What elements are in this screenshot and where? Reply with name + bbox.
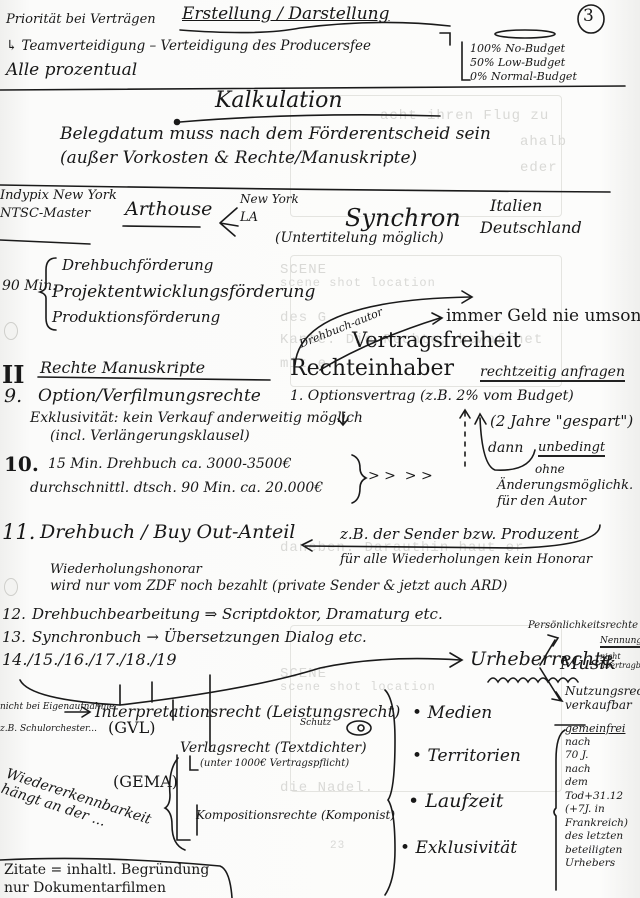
money-note: immer Geld nie umsonst [446, 306, 640, 326]
item-text: Drehbuch / Buy Out-Anteil [40, 521, 295, 543]
school-orchestra: z.B. Schulorchester... [0, 724, 97, 734]
synchron: Synchron [345, 204, 461, 232]
all-percentual: Alle prozentual [6, 60, 137, 80]
buyout-no-fee: für alle Wiederholungen kein Honorar [340, 552, 592, 567]
team-defense-text: Teamverteidigung – Verteidigung des Prod… [22, 38, 371, 54]
change-options: Änderungsmöglichk. [497, 478, 633, 493]
without: ohne [535, 462, 565, 476]
foerderung-item: Projektentwicklungsförderung [52, 282, 315, 302]
public-domain-line: 70 J. [565, 749, 637, 763]
section-title: Rechte Manuskripte [40, 358, 205, 377]
budget-label: Low-Budget [498, 56, 565, 69]
script-average: durchschnittl. dtsch. 90 Min. ca. 20.000… [30, 480, 323, 496]
untertitel: (Untertitelung möglich) [275, 230, 444, 246]
arthouse: Arthouse [125, 198, 212, 220]
dimension-laufzeit: • Laufzeit [408, 790, 503, 812]
then: dann [488, 440, 523, 456]
budget-level: 50% Low-Budget [470, 56, 577, 69]
country-deutschland: Deutschland [480, 218, 582, 237]
dimension-territorien: • Territorien [412, 746, 521, 766]
gvl: (GVL) [108, 718, 155, 737]
buyout-example: z.B. der Sender bzw. Produzent [340, 525, 579, 543]
unconditional: unbedingt [538, 440, 605, 457]
budget-level: 100% No-Budget [470, 42, 577, 55]
usage-rights: Nutzungsrechte verkaufbar [565, 684, 640, 712]
budget-percent: 100% [470, 42, 501, 55]
public-domain-line: gemeinfrei [565, 722, 637, 736]
notebook-page: acht ihren Flug zu ahalb eder SCENE scen… [0, 0, 640, 898]
ntsc-master: NTSC-Master [0, 206, 90, 221]
public-domain-line: Urhebers [565, 857, 637, 871]
not-transferable: nicht übertragbar [600, 652, 636, 670]
dimension-medien: • Medien [412, 703, 492, 723]
extension: (incl. Verlängerungsklausel) [50, 428, 250, 444]
budget-level: 0% Normal-Budget [470, 70, 577, 83]
repeat-fee: Wiederholungshonorar [50, 562, 202, 577]
personal-rights: Persönlichkeitsrechte [528, 620, 638, 631]
country-italien: Italien [490, 196, 542, 215]
publishing-right: Verlagsrecht (Textdichter) [180, 740, 367, 756]
under-1000: (unter 1000€ Vertragspflicht) [200, 758, 349, 769]
naming: Nennung [600, 636, 640, 648]
public-domain-line: (+7J. in [565, 803, 637, 817]
item-text: Option/Verfilmungsrechte [38, 386, 261, 406]
kalkulation-line1: Belegdatum muss nach dem Förderentscheid… [60, 124, 491, 144]
public-domain-note: gemeinfreinach70 J.nachdemTod+31.12(+7J.… [565, 722, 637, 871]
public-domain-line: dem [565, 776, 637, 790]
contract-freedom: Vertragsfreiheit [352, 328, 521, 352]
quotes-line1: Zitate = inhaltl. Begründung [4, 862, 209, 878]
city-la: LA [240, 210, 258, 225]
dimension-label: Medien [427, 703, 492, 723]
item-text: Drehbuchbearbeitung ⇒ Scriptdoktor, Dram… [32, 605, 443, 623]
foerderung-item: Drehbuchförderung [62, 256, 213, 274]
priority-options: Erstellung / Darstellung [182, 4, 390, 24]
budget-percent: 50% [470, 56, 494, 69]
dimension-label: Exklusivität [415, 838, 517, 858]
kalkulation-title: Kalkulation [215, 88, 343, 113]
item-number: 14./15./16./17./18./19 [2, 650, 177, 669]
public-domain-line: nach [565, 736, 637, 750]
item-number: 13. [2, 628, 26, 646]
public-domain-line: Tod+31.12 [565, 790, 637, 804]
gema: (GEMA) [113, 772, 178, 791]
foerderung-item: Produktionsförderung [52, 308, 220, 326]
priority-label: Priorität bei Verträgen [6, 12, 156, 27]
item-text: Synchronbuch → Übersetzungen Dialog etc. [32, 628, 367, 646]
budget-levels: 100% No-Budget 50% Low-Budget 0% Normal-… [470, 42, 577, 83]
budget-percent: 0% [470, 70, 487, 83]
item-number: 9. [4, 385, 22, 407]
public-domain-line: nach [565, 763, 637, 777]
public-domain-line: beteiligten [565, 844, 637, 858]
item-number: 12. [2, 605, 26, 623]
item-text: 15 Min. Drehbuch ca. 3000-3500€ [48, 456, 291, 472]
exclusivity: Exklusivität: kein Verkauf anderweitig m… [30, 410, 363, 426]
item-number: 11. [2, 520, 35, 544]
indypix: Indypix New York [0, 188, 117, 203]
zdf-note: wird nur vom ZDF noch bezahlt (private S… [50, 578, 507, 594]
budget-label: Normal-Budget [491, 70, 577, 83]
public-domain-line: Frankreich) [565, 817, 637, 831]
dimension-label: Territorien [427, 746, 520, 766]
dimension-exklusivitaet: • Exklusivität [400, 838, 517, 858]
public-domain-line: des letzten [565, 830, 637, 844]
dashed-arrow: > > > > [368, 468, 433, 484]
budget-label: No-Budget [505, 42, 565, 55]
kalkulation-line2: (außer Vorkosten & Rechte/Manuskripte) [60, 148, 417, 168]
two-years: (2 Jahre "gespart") [490, 412, 633, 430]
page-number: 3 [583, 6, 594, 26]
ask-early: rechtzeitig anfragen [480, 364, 625, 382]
duration: 90 Min. [2, 278, 57, 294]
option-contract: 1. Optionsvertrag (z.B. 2% vom Budget) [290, 388, 574, 404]
for-author: für den Autor [497, 494, 586, 509]
dimension-label: Laufzeit [425, 790, 503, 812]
item-number: 10. [4, 452, 39, 476]
quotes-line2: nur Dokumentarfilmen [4, 880, 166, 896]
rights-holder: Rechteinhaber [290, 356, 454, 381]
city-newyork: New York [240, 192, 299, 206]
team-defense: ↳ Teamverteidigung – Verteidigung des Pr… [6, 38, 371, 54]
composition-rights: Kompositionsrechte (Komponist) [196, 808, 395, 822]
schutz: Schutz [300, 718, 331, 728]
